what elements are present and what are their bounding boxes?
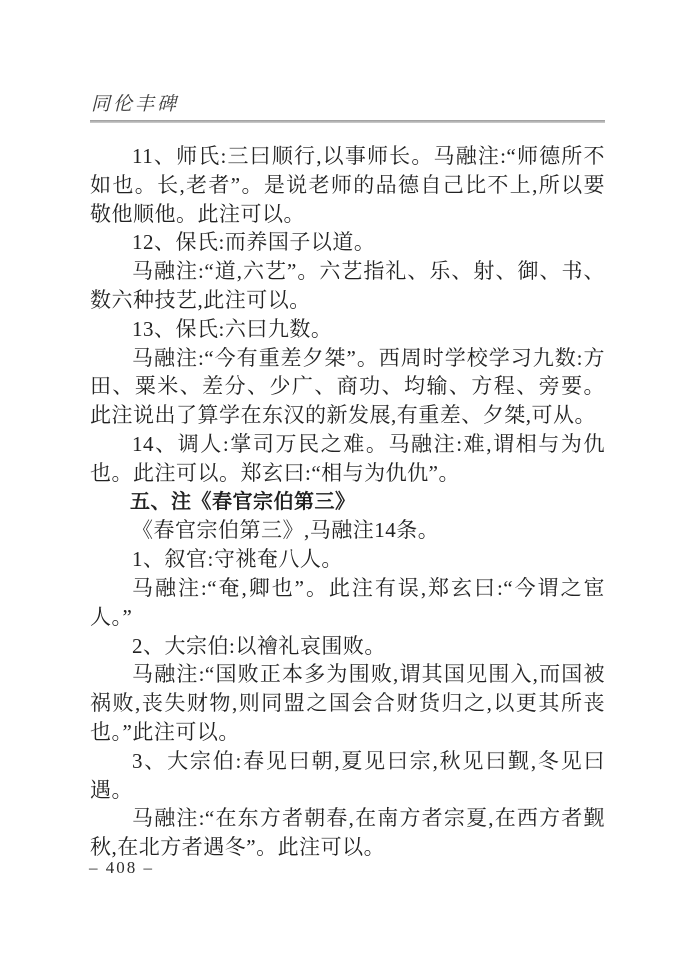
paragraph-14-tiaoren: 14、调人:掌司万民之难。马融注:难,谓相与为仇也。此注可以。郑玄曰:“相与为仇…: [90, 430, 605, 488]
running-header-title: 同伦丰碑: [91, 93, 179, 117]
body-text: 11、师氏:三曰顺行,以事师长。马融注:“师德所不如也。长,老者”。是说老师的品…: [90, 142, 605, 862]
paragraph-chunguan-intro: 《春官宗伯第三》,马融注14条。: [90, 516, 605, 545]
page-number: – 408 –: [89, 858, 154, 878]
paragraph-12-note: 马融注:“道,六艺”。六艺指礼、乐、射、御、书、数六种技艺,此注可以。: [90, 257, 605, 315]
paragraph-12-baoshi: 12、保氏:而养国子以道。: [90, 228, 605, 257]
header-rule: [90, 120, 605, 123]
section-heading-chunguan: 五、注《春官宗伯第三》: [90, 488, 605, 517]
paragraph-13-baoshi: 13、保氏:六曰九数。: [90, 315, 605, 344]
paragraph-1-xuguan: 1、叙官:守祧奄八人。: [90, 545, 605, 574]
paragraph-11-shishi: 11、师氏:三曰顺行,以事师长。马融注:“师德所不如也。长,老者”。是说老师的品…: [90, 142, 605, 228]
paragraph-1-note: 马融注:“奄,卿也”。此注有误,郑玄曰:“今谓之宦人。”: [90, 574, 605, 632]
paragraph-3-note: 马融注:“在东方者朝春,在南方者宗夏,在西方者觐秋,在北方者遇冬”。此注可以。: [90, 804, 605, 862]
paragraph-13-note: 马融注:“今有重差夕桀”。西周时学校学习九数:方田、粟米、差分、少广、商功、均输…: [90, 344, 605, 430]
paragraph-2-note: 马融注:“国败正本多为围败,谓其国见围入,而国被祸败,丧失财物,则同盟之国会合财…: [90, 660, 605, 746]
paragraph-3-dazongbo: 3、大宗伯:春见曰朝,夏见曰宗,秋见曰觐,冬见曰遇。: [90, 747, 605, 805]
paragraph-2-dazongbo: 2、大宗伯:以禬礼哀围败。: [90, 632, 605, 661]
book-page: 同伦丰碑 11、师氏:三曰顺行,以事师长。马融注:“师德所不如也。长,老者”。是…: [0, 0, 692, 968]
